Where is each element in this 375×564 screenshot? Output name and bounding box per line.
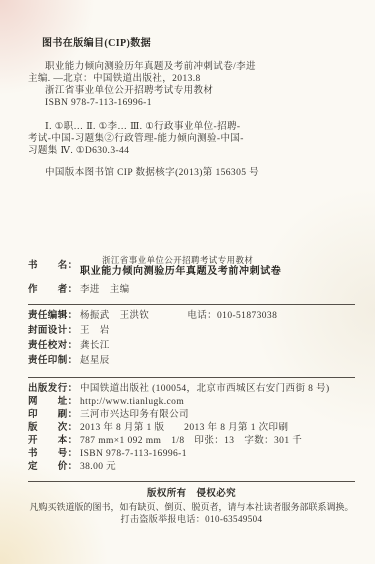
staff-cover-label: 封面设计：	[28, 325, 80, 338]
staff-editor-label: 责任编辑：	[28, 310, 80, 323]
cip-description-line: 职业能力倾向测验历年真题及考前冲刺试卷/李进	[28, 61, 355, 73]
copyright-footer: 版权所有 侵权必究 凡购买铁道版的图书，如有缺页、倒页、脱页者，请与本社读者服务…	[28, 488, 355, 525]
pub-price-label: 定 价：	[28, 461, 80, 474]
book-title-row: 书 名： 浙江省事业单位公开招聘考试专用教材 职业能力倾向测验历年真题及考前冲刺…	[28, 255, 355, 278]
cip-heading: 图书在版编目(CIP)数据	[42, 34, 355, 49]
pub-row-isbn: 书 号： ISBN 978-7-113-16996-1	[28, 448, 355, 461]
pub-row-publisher: 出版发行： 中国铁道出版社 (100054，北京市西城区右安门西街 8 号)	[28, 383, 355, 396]
staff-editor-value: 杨振武 王洪钦	[80, 310, 149, 323]
pub-format-label: 开 本：	[28, 435, 80, 448]
book-author-label: 作 者：	[28, 284, 80, 297]
staff-proof-label: 责任校对：	[28, 340, 80, 353]
staff-print-label: 责任印制：	[28, 355, 80, 368]
staff-row-proofreader: 责任校对： 龚长江	[28, 340, 355, 355]
book-title-value: 浙江省事业单位公开招聘考试专用教材 职业能力倾向测验历年真题及考前冲刺试卷	[80, 255, 281, 278]
staff-print-value: 赵星辰	[80, 355, 110, 368]
staff-row-printing: 责任印制： 赵星辰	[28, 355, 355, 370]
exchange-policy: 凡购买铁道版的图书，如有缺页、倒页、脱页者，请与本社读者服务部联系调换。	[28, 501, 355, 513]
staff-editor-phone: 电话：010-51873038	[187, 310, 277, 323]
divider-line	[28, 377, 355, 378]
pub-row-format: 开 本： 787 mm×1 092 mm 1/8 印张：13 字数：301 千	[28, 435, 355, 448]
pub-publisher-label: 出版发行：	[28, 383, 80, 396]
piracy-hotline: 打击盗版举报电话：010-63549504	[28, 513, 355, 525]
pub-isbn-value: ISBN 978-7-113-16996-1	[80, 448, 187, 461]
pub-printer-value: 三河市兴达印务有限公司	[80, 409, 189, 422]
cip-classification-line: Ⅰ. ①职… Ⅱ. ①李… Ⅲ. ①行政事业单位-招聘-	[28, 121, 355, 133]
book-series-name: 浙江省事业单位公开招聘考试专用教材	[102, 255, 281, 266]
cip-description-line: 主编. —北京：中国铁道出版社，2013.8	[28, 73, 355, 85]
cip-description: 职业能力倾向测验历年真题及考前冲刺试卷/李进 主编. —北京：中国铁道出版社，2…	[28, 61, 355, 109]
page-content: 图书在版编目(CIP)数据 职业能力倾向测验历年真题及考前冲刺试卷/李进 主编.…	[28, 34, 355, 525]
cip-record-number: 中国版本图书馆 CIP 数据核字(2013)第 156305 号	[28, 167, 355, 179]
cip-classification-line: 考试-中国-习题集②行政管理-能力倾向测验-中国-	[28, 133, 355, 145]
book-author-row: 作 者： 李进 主编	[28, 284, 355, 297]
pub-printer-label: 印 刷：	[28, 409, 80, 422]
cip-isbn-line: ISBN 978-7-113-16996-1	[28, 97, 355, 109]
staff-block: 责任编辑： 杨振武 王洪钦 电话：010-51873038 封面设计： 王 岩 …	[28, 310, 355, 370]
book-info-block: 书 名： 浙江省事业单位公开招聘考试专用教材 职业能力倾向测验历年真题及考前冲刺…	[28, 255, 355, 297]
divider-line	[28, 304, 355, 305]
staff-cover-value: 王 岩	[80, 325, 110, 338]
book-title-label: 书 名：	[28, 260, 80, 273]
pub-row-price: 定 价： 38.00 元	[28, 461, 355, 474]
book-author-value: 李进 主编	[80, 284, 130, 297]
cip-series-line: 浙江省事业单位公开招聘考试专用教材	[28, 85, 355, 97]
pub-row-printer: 印 刷： 三河市兴达印务有限公司	[28, 409, 355, 422]
pub-format-value: 787 mm×1 092 mm 1/8 印张：13 字数：301 千	[80, 435, 302, 448]
staff-row-cover-design: 封面设计： 王 岩	[28, 325, 355, 340]
pub-website-label: 网 址：	[28, 396, 80, 409]
cip-classification: Ⅰ. ①职… Ⅱ. ①李… Ⅲ. ①行政事业单位-招聘- 考试-中国-习题集②行…	[28, 121, 355, 157]
pub-edition-value: 2013 年 8 月第 1 版 2013 年 8 月第 1 次印刷	[80, 422, 288, 435]
pub-row-edition: 版 次： 2013 年 8 月第 1 版 2013 年 8 月第 1 次印刷	[28, 422, 355, 435]
pub-edition-label: 版 次：	[28, 422, 80, 435]
pub-price-value: 38.00 元	[80, 461, 116, 474]
pub-isbn-label: 书 号：	[28, 448, 80, 461]
publication-block: 出版发行： 中国铁道出版社 (100054，北京市西城区右安门西街 8 号) 网…	[28, 383, 355, 474]
staff-proof-value: 龚长江	[80, 340, 110, 353]
divider-line	[28, 481, 355, 482]
pub-website-value: http://www.tianlugk.com	[80, 396, 184, 409]
copyright-notice: 版权所有 侵权必究	[28, 488, 355, 501]
copyright-page: 图书在版编目(CIP)数据 职业能力倾向测验历年真题及考前冲刺试卷/李进 主编.…	[0, 0, 375, 564]
pub-publisher-value: 中国铁道出版社 (100054，北京市西城区右安门西街 8 号)	[80, 383, 330, 396]
pub-row-website: 网 址： http://www.tianlugk.com	[28, 396, 355, 409]
cip-classification-line: 习题集 Ⅳ. ①D630.3-44	[28, 145, 355, 157]
staff-row-editor: 责任编辑： 杨振武 王洪钦 电话：010-51873038	[28, 310, 355, 325]
book-title-name: 职业能力倾向测验历年真题及考前冲刺试卷	[80, 266, 281, 278]
